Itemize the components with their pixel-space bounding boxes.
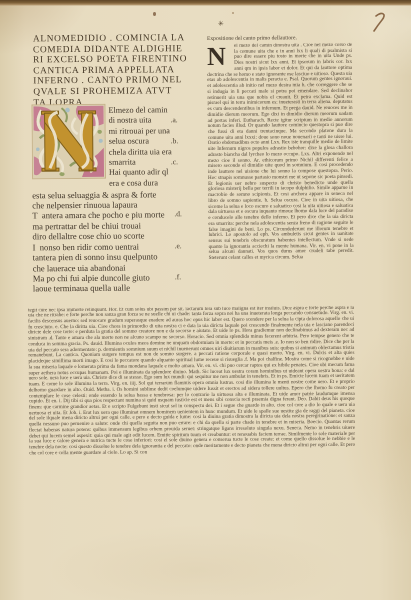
printed-content: ALNOMEDIDIO . COMINCIA LACOMEDIA DIDANTE…: [0, 0, 411, 600]
poem-line: era e cosa dura: [109, 178, 209, 189]
poem-line-text: mi ritrouai per una: [109, 126, 170, 135]
illuminated-initial-N: [31, 104, 106, 180]
rhyme-letter: .b.: [171, 136, 179, 146]
poem-line-text: tantera pien di sonno insu quelpunto: [33, 252, 158, 263]
commentary-text: el mezo del camin dinostra uita . Cioe n…: [207, 43, 353, 261]
poem-line-text: che lauerace uia abandonai: [33, 262, 126, 273]
poem-line-text: selua oscura: [109, 137, 149, 146]
poem-line-text: laoue terminaua quella ualle: [33, 283, 130, 294]
poem-line-text: di nostra uita: [109, 116, 152, 125]
commentary-right-column: Nel mezo del camin dinostra uita . Cioe …: [207, 43, 354, 307]
poem-line: laoue terminaua quella ualle: [33, 282, 218, 294]
poem-line: mi ritrouai per una: [109, 126, 209, 137]
incipit-title: ALNOMEDIDIO . COMINCIA LACOMEDIA DIDANTE…: [33, 33, 216, 109]
rhyme-letter: .f.: [175, 272, 181, 283]
poem-line: di nostra uita .a.: [109, 115, 209, 126]
poem-line-text: esta selua seluaggia & aspra & forte: [32, 189, 156, 200]
printed-star-mark: ✳: [218, 20, 224, 28]
poem-line-text: chela diritta uia era: [109, 147, 172, 156]
poem-first-tercets: Elmezo del camin di nostra uita .a. mi r…: [108, 105, 209, 189]
poem-line: Hai quanto adir ql: [109, 167, 209, 178]
poem-line-text: I nonso ben ridir como uentrai: [33, 241, 140, 252]
poem-line-text: Ma po chi fui alpie duncolle giuto: [33, 272, 150, 283]
commentary-heading: Expositione del canto primo dellauttore.: [207, 35, 357, 42]
rhyme-letter: .e.: [175, 241, 182, 252]
book-page-photo: ALNOMEDIDIO . COMINCIA LACOMEDIA DIDANTE…: [0, 0, 411, 600]
poem-continued: esta selua seluaggia & aspra & forte che…: [32, 188, 218, 294]
rhyme-letter: .c.: [171, 157, 178, 167]
poem-line-text: smarrita: [109, 157, 136, 166]
poem-line-text: T antera amara che pocho e piu morte: [32, 210, 164, 221]
poem-line-text: ma pertrattar del be chiui trouai: [32, 220, 141, 231]
poem-line-text: era e cosa dura: [109, 178, 158, 187]
poem-line: selua oscura .b.: [109, 136, 209, 147]
rhyme-letter: .d.: [174, 210, 182, 221]
commentary-initial-N: N: [207, 44, 232, 72]
poem-line-text: Hai quanto adir ql: [109, 168, 168, 177]
poem-line-text: che nelpensier rinuoua lapaura: [32, 199, 137, 210]
poem-line-text: diro dellaltre cose chio uo scorte: [32, 231, 144, 242]
poem-line-text: Elmezo del camin: [108, 105, 167, 114]
poem-line: smarrita .c.: [109, 157, 209, 168]
rhyme-letter: .a.: [171, 116, 178, 126]
poem-line: Elmezo del camin: [108, 105, 208, 116]
poem-line: chela diritta uia era: [109, 147, 209, 158]
commentary-bottom-block: tegit cure nec ipsa immorte relinquunt. …: [28, 305, 355, 500]
